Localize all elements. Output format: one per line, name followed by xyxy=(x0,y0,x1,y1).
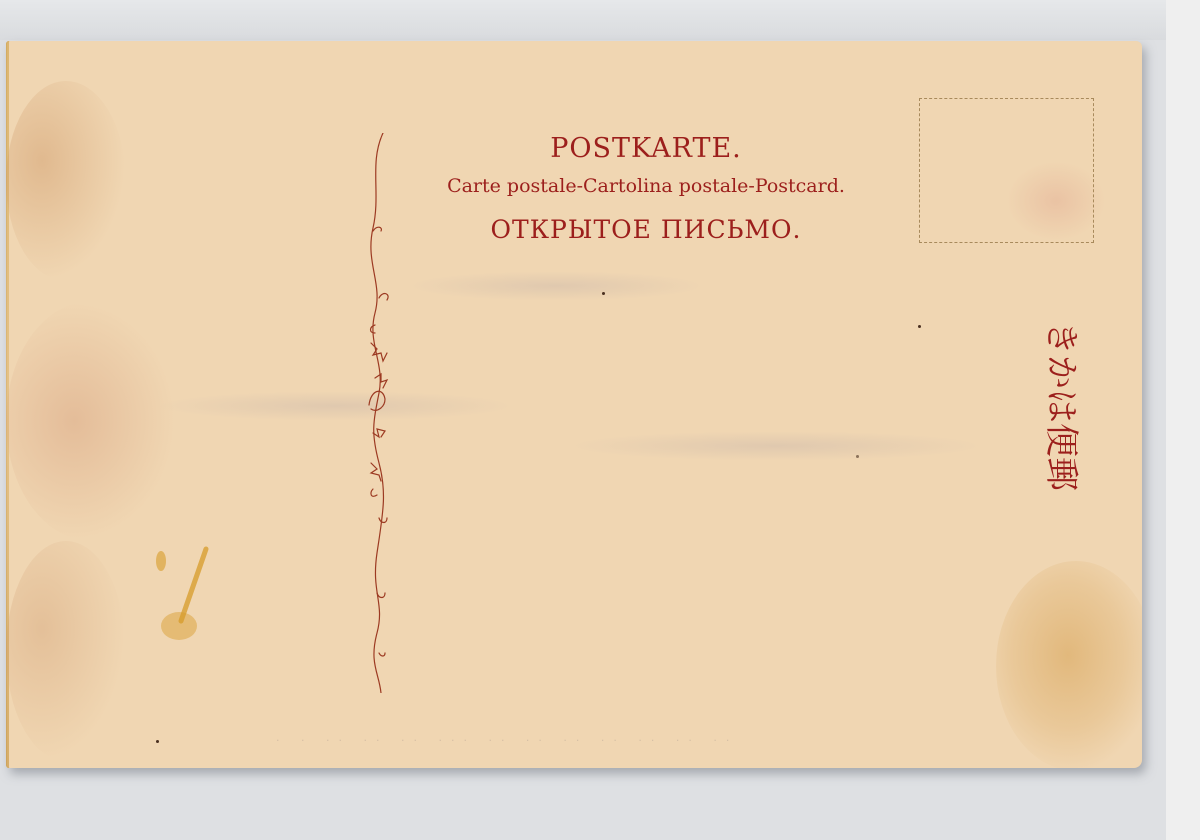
speck xyxy=(602,292,605,295)
background-strip xyxy=(1166,0,1200,840)
title-russian: ОТКРЫТОЕ ПИСЬМО. xyxy=(366,215,926,244)
card-edge xyxy=(6,41,9,768)
smudge xyxy=(406,271,706,301)
japanese-label: きかは便郵 xyxy=(1041,321,1081,561)
stamp-box xyxy=(919,98,1094,243)
ink-stain-mark xyxy=(141,541,221,651)
stain xyxy=(6,301,176,541)
vine-divider-icon xyxy=(361,133,391,693)
speck xyxy=(156,740,159,743)
background-top xyxy=(0,0,1166,40)
postcard: POSTKARTE. Carte postale-Cartolina posta… xyxy=(6,41,1142,768)
title-multilingual: Carte postale-Cartolina postale-Postcard… xyxy=(366,175,926,197)
stain xyxy=(6,81,126,281)
speck xyxy=(918,325,921,328)
stain xyxy=(6,541,126,761)
smudge xyxy=(566,431,986,461)
bleed-through-text: · · ·· ·· ·· ··· ·· ·· ·· ·· ·· ·· ·· xyxy=(276,734,856,758)
title-german: POSTKARTE. xyxy=(366,133,926,164)
smudge xyxy=(156,391,516,421)
speck xyxy=(856,455,859,458)
stain xyxy=(996,561,1142,768)
